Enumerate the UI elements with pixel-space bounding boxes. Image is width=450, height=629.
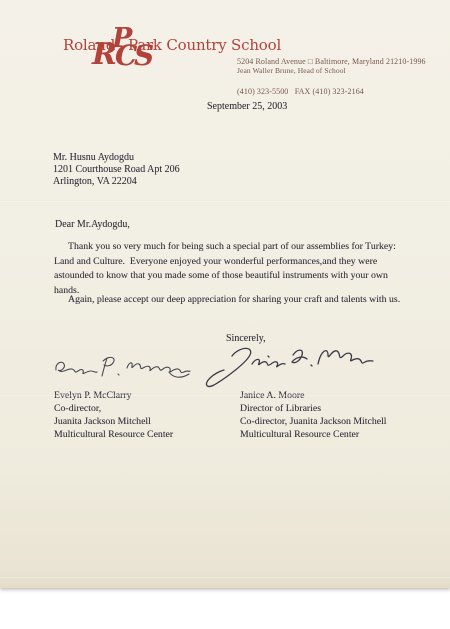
head-of-school-line: Jean Waller Brune, Head of School xyxy=(237,66,346,75)
letter-paper: Roland P R C S Park Country School 5204 … xyxy=(0,0,450,588)
recipient-address: Mr. Husnu Aydogdu 1201 Courthouse Road A… xyxy=(53,152,180,189)
signature-janice-moore xyxy=(198,340,376,394)
paragraph1-line1: Thank you so very much for being such a … xyxy=(54,240,396,255)
recipient-city: Arlington, VA 22204 xyxy=(53,176,180,188)
body-paragraph-2: Again, please accept our deep appreciati… xyxy=(54,294,400,305)
left-signer-title: Co-director, xyxy=(54,402,173,415)
letterhead-address-line2: (410) 323-5500 FAX (410) 323-2164 xyxy=(237,87,426,97)
paragraph1-line2: Land and Culture. Everyone enjoyed your … xyxy=(54,255,396,270)
body-paragraph-1: Thank you so very much for being such a … xyxy=(54,240,396,298)
left-signer-name: Evelyn P. McClarry xyxy=(54,389,173,402)
recipient-street: 1201 Courthouse Road Apt 206 xyxy=(53,164,180,176)
signer-block-left: Evelyn P. McClarry Co-director, Juanita … xyxy=(54,389,173,441)
recipient-name: Mr. Husnu Aydogdu xyxy=(53,152,180,164)
monogram-letter-r: R xyxy=(92,40,117,70)
right-signer-org2: Multicultural Resource Center xyxy=(240,428,387,441)
paragraph1-line3: astounded to know that you made some of … xyxy=(54,269,396,284)
signer-block-right: Janice A. Moore Director of Libraries Co… xyxy=(240,389,387,441)
date-line: September 25, 2003 xyxy=(207,101,287,112)
salutation: Dear Mr.Aydogdu, xyxy=(55,219,130,230)
right-signer-org1: Co-director, Juanita Jackson Mitchell xyxy=(240,415,387,428)
scanned-letter-page: Roland P R C S Park Country School 5204 … xyxy=(0,0,450,629)
paper-bottom-curl xyxy=(0,576,450,579)
fold-crease-top xyxy=(0,200,450,203)
paragraph2-line1: Again, please accept our deep appreciati… xyxy=(54,294,400,305)
left-signer-org2: Multicultural Resource Center xyxy=(54,428,173,441)
right-signer-name: Janice A. Moore xyxy=(240,389,387,402)
right-signer-title: Director of Libraries xyxy=(240,402,387,415)
signature-evelyn-mcclarry xyxy=(50,348,192,388)
left-signer-org1: Juanita Jackson Mitchell xyxy=(54,415,173,428)
